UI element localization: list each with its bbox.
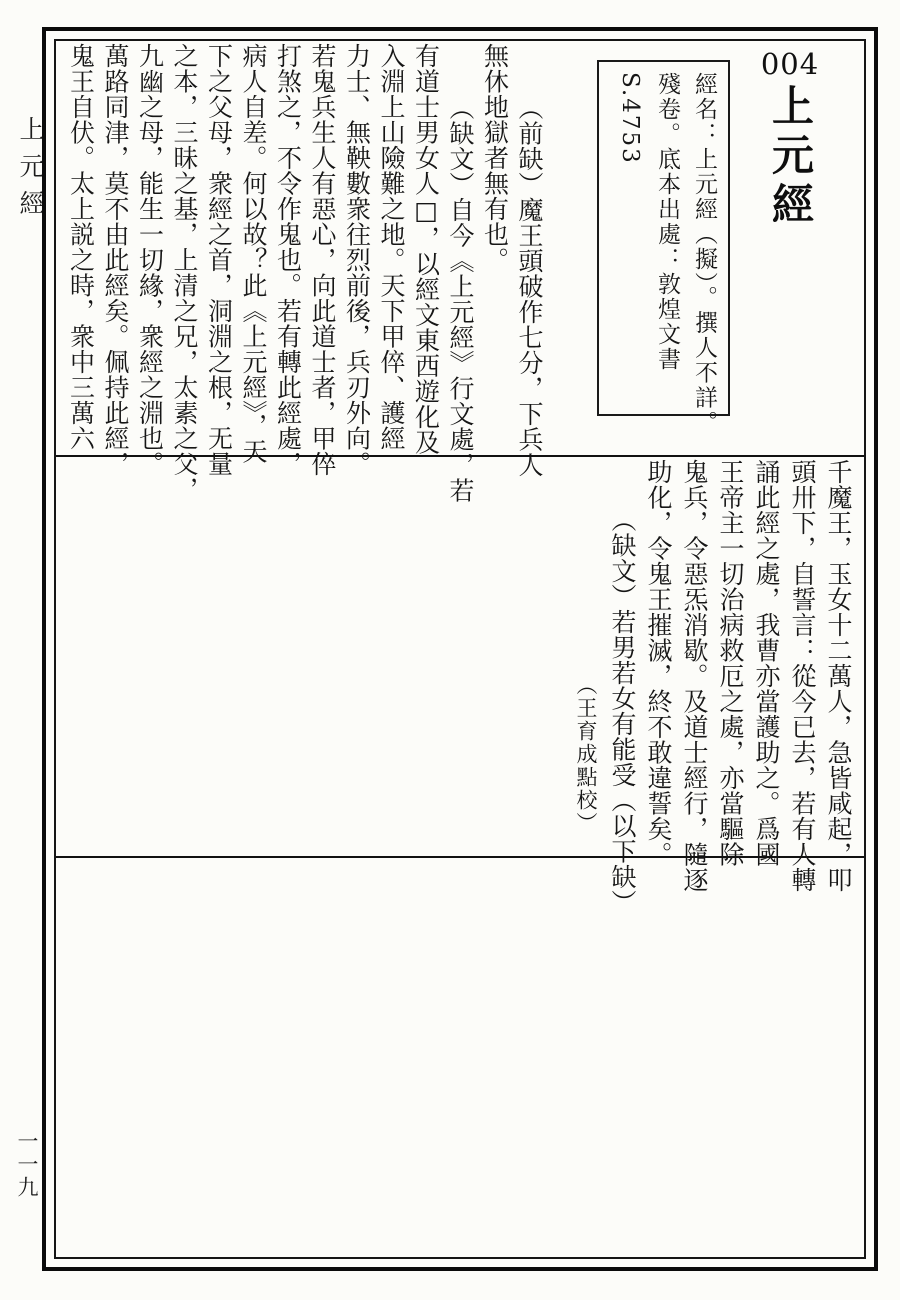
page-title: 上元經 xyxy=(760,84,820,231)
text-column: 誦此經之處，我曹亦當護助之。爲國 xyxy=(748,459,784,855)
text-column: 王帝主一切治病救厄之處，亦當驅除 xyxy=(712,459,748,855)
biblio-catalog-number: S.4753 xyxy=(611,72,648,404)
section-divider-bottom xyxy=(56,856,864,858)
text-column: 無休地獄者無有也。 xyxy=(477,43,512,453)
inner-border: 004 上元經 經名：上元經（擬）。撰人不詳。 殘卷。底本出處：敦煌文書 S.4… xyxy=(54,39,866,1259)
text-column: 千魔王，玉女十二萬人，急皆咸起，叩 xyxy=(820,459,856,855)
section-divider-top xyxy=(56,455,864,457)
upper-text-section: （前缺）魔王頭破作七分，下兵人 無休地獄者無有也。 （缺文）自今《上元經》行文處… xyxy=(63,43,546,453)
text-column: （前缺）魔王頭破作七分，下兵人 xyxy=(512,43,547,453)
biblio-source-line: 殘卷。底本出處：敦煌文書 xyxy=(648,72,685,404)
text-column: 頭卅下，自誓言：從今已去，若有人轉 xyxy=(784,459,820,855)
text-column: （缺文）自今《上元經》行文處，若 xyxy=(443,43,478,453)
document-header: 004 上元經 xyxy=(760,47,820,231)
text-column: 打煞之，不令作鬼也。若有轉此經處， xyxy=(270,43,305,453)
biblio-title-line: 經名：上元經（擬）。撰人不詳。 xyxy=(685,72,722,404)
page-number: 一一九 xyxy=(12,1130,42,1199)
text-column: 入淵上山險難之地。天下甲倅、護經 xyxy=(374,43,409,453)
text-column: 病人自差。何以故？此《上元經》，天 xyxy=(236,43,271,453)
bibliographic-box: 經名：上元經（擬）。撰人不詳。 殘卷。底本出處：敦煌文書 S.4753 xyxy=(597,60,730,416)
document-number: 004 xyxy=(760,47,820,81)
text-column: 之本，三昧之基，上清之兄，太素之父， xyxy=(167,43,202,453)
editor-attribution: （王育成點校） xyxy=(568,459,604,855)
scanned-page: 上元經 一一九 004 上元經 經名：上元經（擬）。撰人不詳。 殘卷。底本出處：… xyxy=(0,0,900,1300)
text-column: 力士、無鞅數衆往烈前後，兵刃外向。 xyxy=(339,43,374,453)
text-column: 鬼兵，令惡炁消歇。及道士經行，隨逐 xyxy=(676,459,712,855)
text-column: 鬼王自伏。太上説之時，衆中三萬六 xyxy=(63,43,98,453)
text-column: 有道士男女人□，以經文東西遊化及 xyxy=(408,43,443,453)
text-column: 下之父母，衆經之首，洞淵之根，无量 xyxy=(201,43,236,453)
lower-text-section: 千魔王，玉女十二萬人，急皆咸起，叩 頭卅下，自誓言：從今已去，若有人轉 誦此經之… xyxy=(568,459,856,855)
outer-border: 004 上元經 經名：上元經（擬）。撰人不詳。 殘卷。底本出處：敦煌文書 S.4… xyxy=(42,27,878,1271)
text-column: 九幽之母，能生一切緣，衆經之淵也。 xyxy=(132,43,167,453)
text-column: 助化，令鬼王摧滅，終不敢違誓矣。 xyxy=(640,459,676,855)
text-column: （缺文）若男若女有能受（以下缺） xyxy=(604,459,640,855)
text-column: 若鬼兵生人有惡心，向此道士者，甲倅 xyxy=(305,43,340,453)
text-column: 萬路同津，莫不由此經矣。佩持此經， xyxy=(98,43,133,453)
